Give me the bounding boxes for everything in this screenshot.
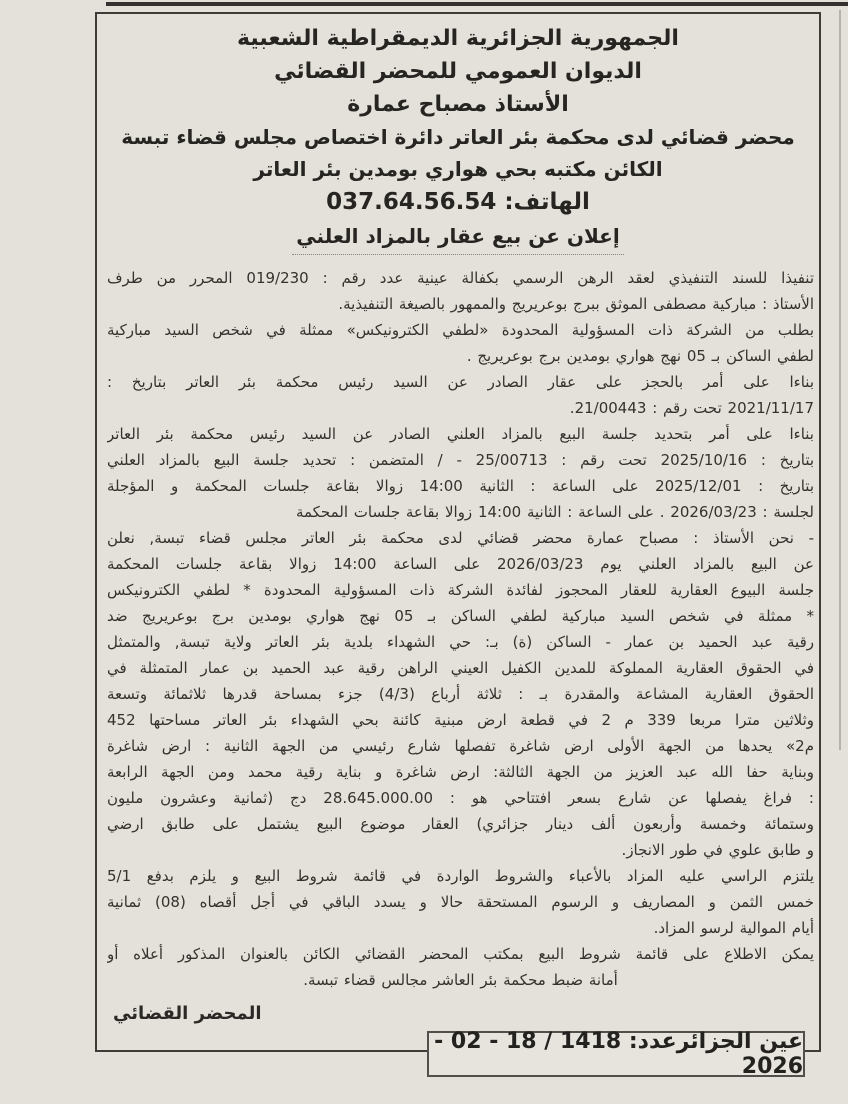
body-line-24: يلتزم الراسي عليه المزاد بالأعباء والشرو… xyxy=(107,863,814,889)
body-line-16: في الحقوق العقارية المملوكة للمدين الكفي… xyxy=(107,655,814,681)
scan-page-edge-line xyxy=(839,10,841,750)
body-line-19: م2» يحدها من الجهة الأولى ارض شاغرة تفصل… xyxy=(107,733,814,759)
body-line-10: لجلسة : 2026/03/23 . على الساعة : الثاني… xyxy=(107,499,814,525)
body-line-5: بناءا على أمر بالحجز على عقار الصادر عن … xyxy=(107,369,814,395)
body-text: تنفيذا للسند التنفيذي لعقد الرهن الرسمي … xyxy=(107,265,814,993)
body-line-9: بتاريخ : 2025/12/01 على الساعة : الثانية… xyxy=(107,473,814,499)
body-line-12: عن البيع بالمزاد العلني يوم 2026/03/23 ع… xyxy=(107,551,814,577)
body-line-11: - نحن الأستاذ : مصباح عمارة محضر قضائي ل… xyxy=(107,525,814,551)
body-line-17: الحقوق العقارية المشاعة والمقدرة بـ : ثل… xyxy=(107,681,814,707)
body-line-20: وبناية حفا الله عبد العزيز من الجهة الثا… xyxy=(107,759,814,785)
jurisdiction-line: محضر قضائي لدى محكمة بئر العاتر دائرة اخ… xyxy=(97,121,819,153)
body-line-26: أيام الموالية لرسو المزاد. xyxy=(107,915,814,941)
phone-line: الهاتف: 037.64.56.54 xyxy=(97,185,819,220)
announcement-title-wrap: إعلان عن بيع عقار بالمزاد العلني xyxy=(97,220,819,255)
document-frame: الجمهورية الجزائرية الديمقراطية الشعبية … xyxy=(95,12,821,1052)
body-line-3: بطلب من الشركة ذات المسؤولية المحدودة «ل… xyxy=(107,317,814,343)
body-line-21: : فراغ يفصلها عن شارع بسعر افتتاحي هو : … xyxy=(107,785,814,811)
bailiff-name: الأستاذ مصباح عمارة xyxy=(97,88,819,121)
office-title: الديوان العمومي للمحضر القضائي xyxy=(97,55,819,88)
body-line-27: يمكن الاطلاع على قائمة شروط البيع بمكتب … xyxy=(107,941,814,967)
office-address: الكائن مكتبه بحي هواري بومدين بئر العاتر xyxy=(97,153,819,185)
issue-footer-text: عين الجزائرعدد: 1418 / 18 - 02 - 2026 xyxy=(429,1029,803,1079)
body-line-25: خمس الثمن و المصاريف و الرسوم المستحقة ح… xyxy=(107,889,814,915)
body-line-7: بناءا على أمر بتحديد جلسة البيع بالمزاد … xyxy=(107,421,814,447)
signature-label: المحضر القضائي xyxy=(113,1003,819,1024)
body-line-6: 2021/11/17 تحت رقم : 21/00443. xyxy=(107,395,814,421)
body-line-13: جلسة البيوع العقارية للعقار المحجوز لفائ… xyxy=(107,577,814,603)
republic-title: الجمهورية الجزائرية الديمقراطية الشعبية xyxy=(97,22,819,55)
body-line-18: وثلاثين مترا مربعا 339 م 2 في قطعة ارض م… xyxy=(107,707,814,733)
body-line-4: لطفي الساكن بـ 05 نهج هواري بومدين برج ب… xyxy=(107,343,814,369)
body-line-23: و طابق علوي في طور الانجاز. xyxy=(107,837,814,863)
body-line-8: بتاريخ : 2025/10/16 تحت رقم : 25/00713 -… xyxy=(107,447,814,473)
body-line-22: وستمائة وخمسة وأربعون ألف دينار جزائري) … xyxy=(107,811,814,837)
scan-top-band xyxy=(106,2,848,6)
issue-footer-box: عين الجزائرعدد: 1418 / 18 - 02 - 2026 xyxy=(427,1031,805,1077)
body-line-15: رقية عبد الحميد بن عمار - الساكن (ة) بـ:… xyxy=(107,629,814,655)
body-line-2: الأستاذ : مباركية مصطفى الموثق ببرج بوعر… xyxy=(107,291,814,317)
body-line-1: تنفيذا للسند التنفيذي لعقد الرهن الرسمي … xyxy=(107,265,814,291)
document-header: الجمهورية الجزائرية الديمقراطية الشعبية … xyxy=(97,14,819,255)
announcement-title: إعلان عن بيع عقار بالمزاد العلني xyxy=(292,220,623,255)
body-line-28: أمانة ضبط محكمة بئر العاشر مجالس قضاء تب… xyxy=(107,967,814,993)
body-line-14: * ممثلة في شخص السيد مباركية لطفي الساكن… xyxy=(107,603,814,629)
